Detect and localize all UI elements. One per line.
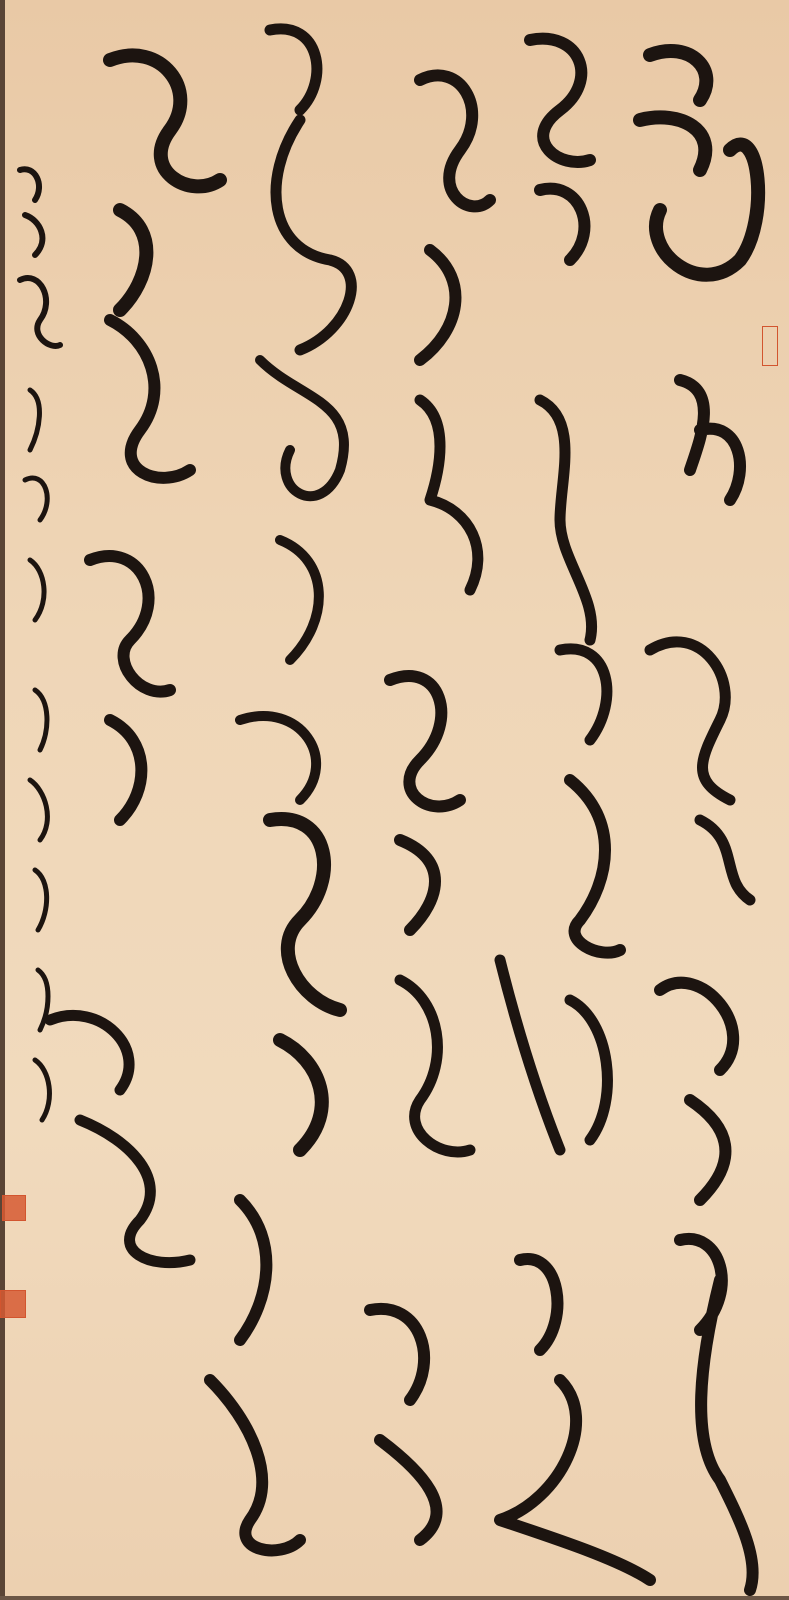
cursive-ink-strokes bbox=[0, 0, 789, 1600]
seal-lower-left-second bbox=[0, 1290, 26, 1318]
column-5 bbox=[50, 55, 220, 1262]
column-4 bbox=[210, 29, 351, 1551]
calligraphy-scroll: Large cursive characters written in blac… bbox=[0, 0, 789, 1600]
inscription-column bbox=[20, 169, 60, 1120]
column-1-right bbox=[640, 51, 758, 1590]
column-2 bbox=[500, 39, 650, 1580]
seal-lower-left-name bbox=[2, 1195, 26, 1221]
seal-upper-right bbox=[762, 326, 778, 366]
column-3 bbox=[370, 75, 490, 1540]
